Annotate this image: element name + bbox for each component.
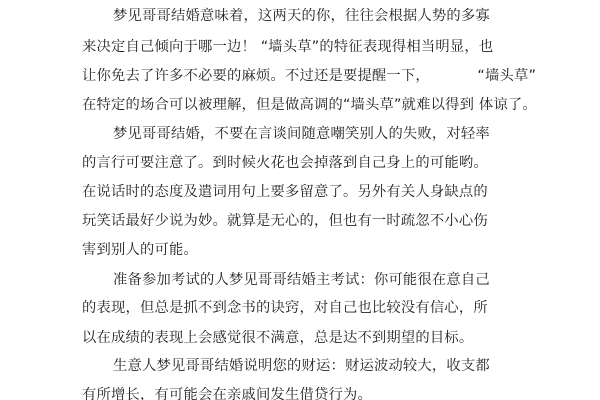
paragraph-2-line-1: 梦见哥哥结婚，不要在言谈间随意嘲笑别人的失败，对轻率: [113, 125, 490, 143]
document-page: 梦见哥哥结婚意味着，这两天的你，往往会根据人势的多寡 来决定自己倾向于哪一边！ …: [0, 0, 600, 400]
paragraph-1-line-3: 让你免去了许多不必要的麻烦。不过还是要提醒一下， “墙头草”: [82, 67, 536, 85]
paragraph-2-line-3: 在说话时的态度及遣词用句上要多留意了。另外有关人身缺点的: [82, 183, 488, 201]
paragraph-4-line-2: 有所增长，有可能会在亲戚间发生借贷行为。: [82, 386, 372, 400]
paragraph-1-line-4: 在特定的场合可以被理解，但是做高调的“墙头草”就难以得到 体谅了。: [82, 96, 537, 114]
paragraph-4-line-1: 生意人梦见哥哥结婚说明您的财运：财运波动较大，收支都: [113, 357, 490, 375]
paragraph-1-line-2: 来决定自己倾向于哪一边！ “墙头草”的特征表现得相当明显，也: [82, 38, 493, 56]
paragraph-2-line-4: 玩笑话最好少说为妙。就算是无心的，但也有一时疏忽不小心伤: [82, 212, 488, 230]
paragraph-3-line-3: 以在成绩的表现上会感觉很不满意，总是达不到期望的目标。: [82, 329, 473, 347]
paragraph-1-line-1: 梦见哥哥结婚意味着，这两天的你，往往会根据人势的多寡: [113, 7, 490, 25]
paragraph-2-line-2: 的言行可要注意了。到时候火花也会掉落到自己身上的可能哟。: [82, 154, 488, 172]
paragraph-3-line-1: 准备参加考试的人梦见哥哥结婚主考试：你可能很在意自己: [113, 271, 490, 289]
paragraph-2-line-5: 害到别人的可能。: [82, 241, 198, 259]
paragraph-3-line-2: 的表现，但总是抓不到念书的诀窍，对自己也比较没有信心，所: [82, 299, 488, 317]
